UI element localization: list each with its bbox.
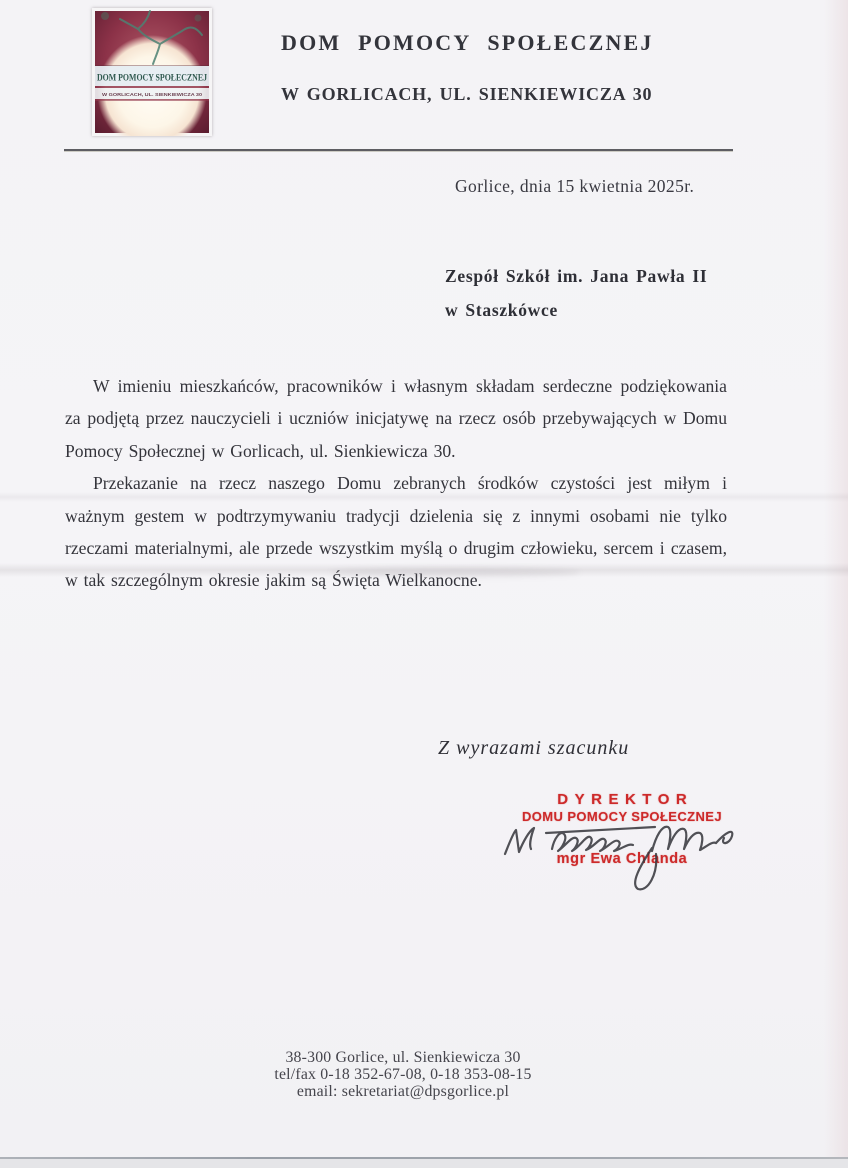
org-logo-image: DOM POMOCY SPOŁECZNEJ W GORLICACH, UL. S… <box>92 8 212 136</box>
footer-email: email: sekretariat@dpsgorlice.pl <box>240 1084 566 1101</box>
body-paragraph-2: Przekazanie na rzecz naszego Domu zebran… <box>65 467 727 597</box>
footer-contact: 38-300 Gorlice, ul. Sienkiewicza 30 tel/… <box>240 1050 566 1100</box>
scan-bottom-edge-band <box>0 1159 848 1168</box>
letterhead: DOM POMOCY SPOŁECZNEJ W GORLICACH, UL. S… <box>281 30 654 56</box>
footer-phone: tel/fax 0-18 352-67-08, 0-18 353-08-15 <box>240 1067 566 1084</box>
addressee-line1: Zespół Szkół im. Jana Pawła II <box>445 259 707 293</box>
scan-right-tint <box>824 0 848 1168</box>
date-line: Gorlice, dnia 15 kwietnia 2025r. <box>455 176 694 197</box>
logo-title: DOM POMOCY SPOŁECZNEJ <box>97 73 207 83</box>
org-name-title: DOM POMOCY SPOŁECZNEJ <box>281 30 654 56</box>
addressee-line2: w Staszkówce <box>445 293 707 327</box>
closing-salutation: Z wyrazami szacunku <box>438 737 629 760</box>
logo-subtitle: W GORLICACH, UL. SIENKIEWICZA 30 <box>102 92 203 97</box>
body-paragraph-1: W imieniu mieszkańców, pracowników i wła… <box>65 370 727 467</box>
crease-smudge <box>330 568 580 577</box>
addressee-block: Zespół Szkół im. Jana Pawła II w Staszkó… <box>445 259 707 327</box>
letterhead-divider <box>64 149 733 151</box>
paper-fold-crease-upper <box>0 492 848 502</box>
scanned-letter-page: DOM POMOCY SPOŁECZNEJ W GORLICACH, UL. S… <box>0 0 848 1168</box>
org-address-subtitle: W GORLICACH, UL. SIENKIEWICZA 30 <box>281 84 652 105</box>
handwritten-signature <box>500 818 745 898</box>
stamp-title: DYREKTOR <box>498 791 746 808</box>
footer-address: 38-300 Gorlice, ul. Sienkiewicza 30 <box>240 1050 566 1067</box>
